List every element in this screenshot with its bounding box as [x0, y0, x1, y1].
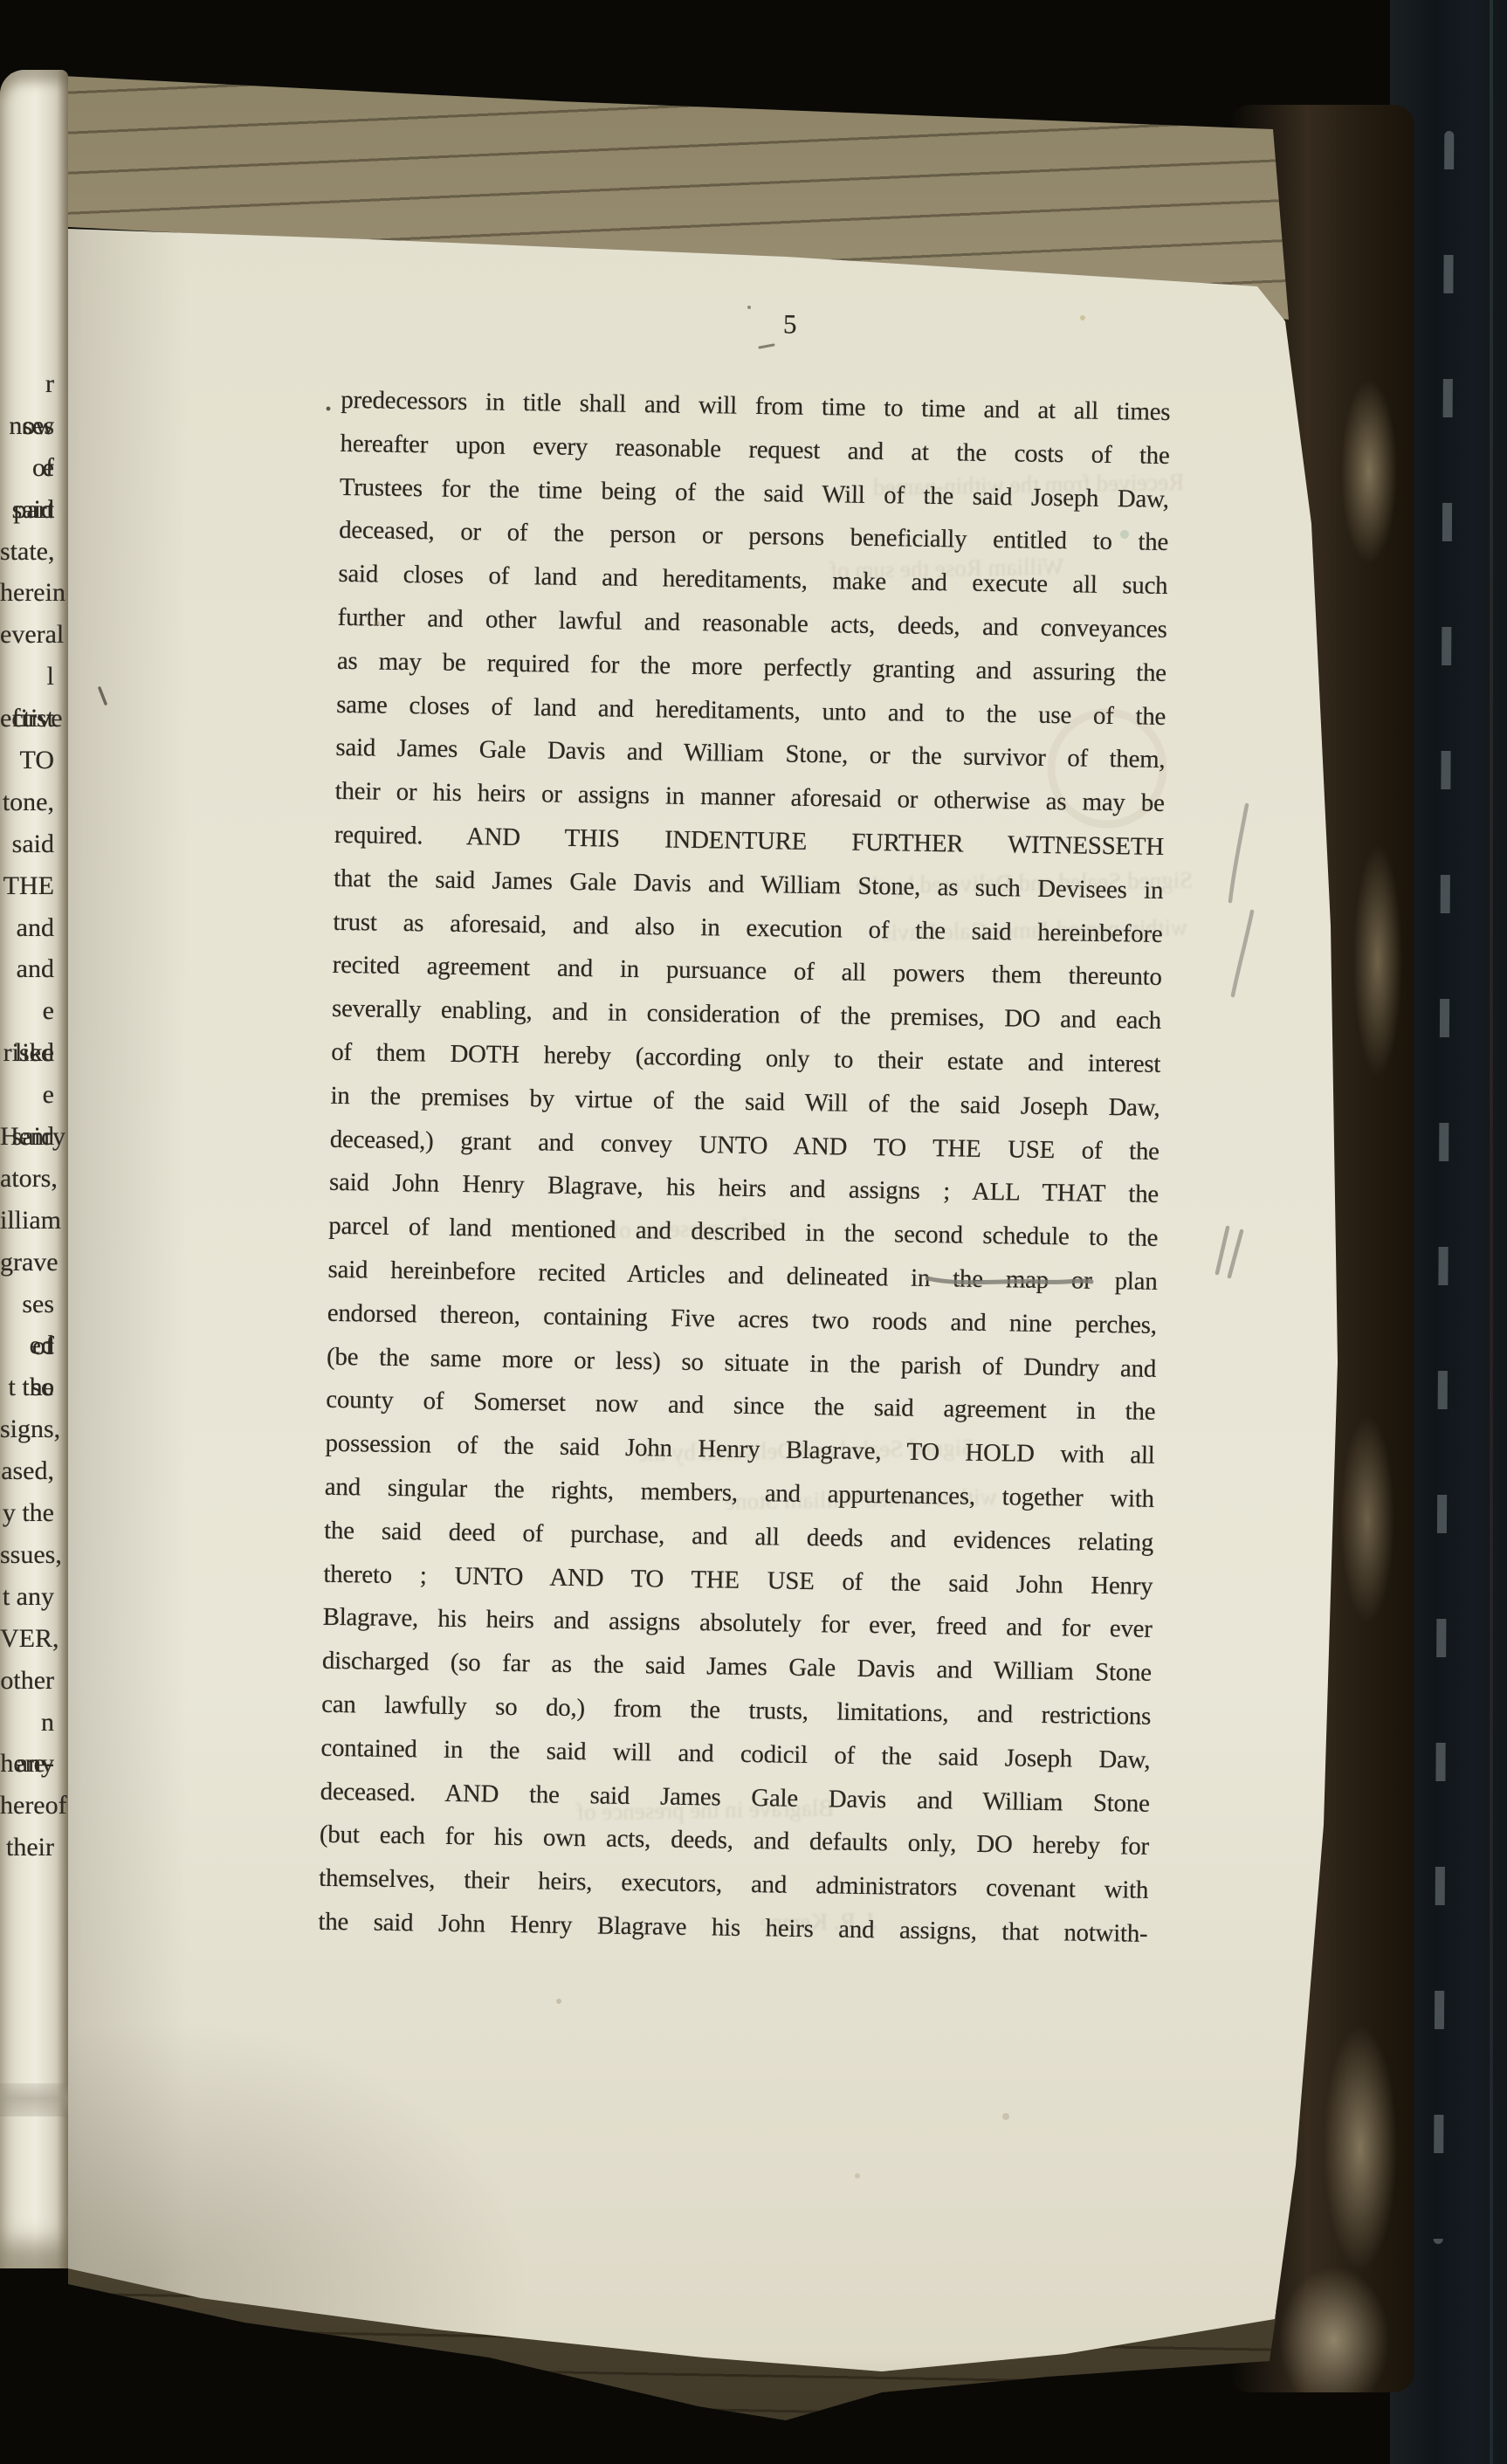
facing-page-fragment: hereof [0, 1785, 54, 1827]
facing-page-fragment: t any [0, 1576, 54, 1618]
facing-page-fragment: grave [0, 1242, 54, 1284]
facing-page-fragment: part [0, 489, 54, 531]
facing-page-fragment: y the [0, 1492, 54, 1534]
deed-text-block: 5 predecessors in title shall and will f… [318, 300, 1172, 1957]
facing-page-fragment: everal [0, 614, 54, 656]
facing-page-strip: r now ses of e said part state, herein e… [0, 70, 68, 2268]
facing-page-fragment: said [0, 823, 54, 865]
facing-page-fragment: VER, [0, 1618, 54, 1660]
facing-page-fragment: rised [0, 1032, 54, 1074]
facing-page-fragment: state, [0, 531, 54, 573]
facing-page-fragment: ective [0, 698, 54, 740]
facing-page-fragment: and [0, 907, 54, 949]
facing-page-fragment: ators, [0, 1158, 54, 1200]
facing-page-fragment: illiam [0, 1200, 54, 1242]
facing-page-fragment: tone, [0, 781, 54, 823]
facing-page-fragment: t the [0, 1366, 54, 1408]
facing-page-fragment: THE [0, 865, 54, 907]
facing-page-fragment: r now [0, 363, 54, 405]
facing-page-fragment: ssues, [0, 1534, 54, 1576]
page-number: 5 [342, 300, 1172, 348]
facing-page-fragment: herein [0, 572, 54, 614]
facing-page-fragment: e said [0, 1074, 54, 1116]
facing-page-fragment: TO [0, 740, 54, 781]
facing-page-fragment: signs, [0, 1408, 54, 1450]
facing-page-fragment: n any [0, 1702, 54, 1744]
facing-page-fragment: ed so [0, 1325, 54, 1366]
facing-page-fragment: their [0, 1827, 54, 1869]
document-page: Received from the within-named William R… [0, 0, 1507, 2464]
scan-edge-color-line [1490, 0, 1493, 2464]
facing-page-fragment: e said [0, 447, 54, 489]
facing-page-fragment: here- [0, 1743, 54, 1785]
facing-page-fragment: Henry [0, 1116, 54, 1158]
facing-page-fragment: and [0, 948, 54, 990]
facing-page-fragment: e like [0, 990, 54, 1032]
facing-page-fragment: other [0, 1660, 54, 1702]
facing-page-fragment: ses of [0, 1284, 54, 1325]
facing-page-edge-band [0, 2083, 68, 2116]
book-scan: r now ses of e said part state, herein e… [0, 0, 1507, 2464]
facing-page-fragment: ased, [0, 1450, 54, 1492]
facing-page-text-fragments: r now ses of e said part state, herein e… [0, 363, 54, 1869]
facing-page-fragment: l first [0, 656, 54, 698]
